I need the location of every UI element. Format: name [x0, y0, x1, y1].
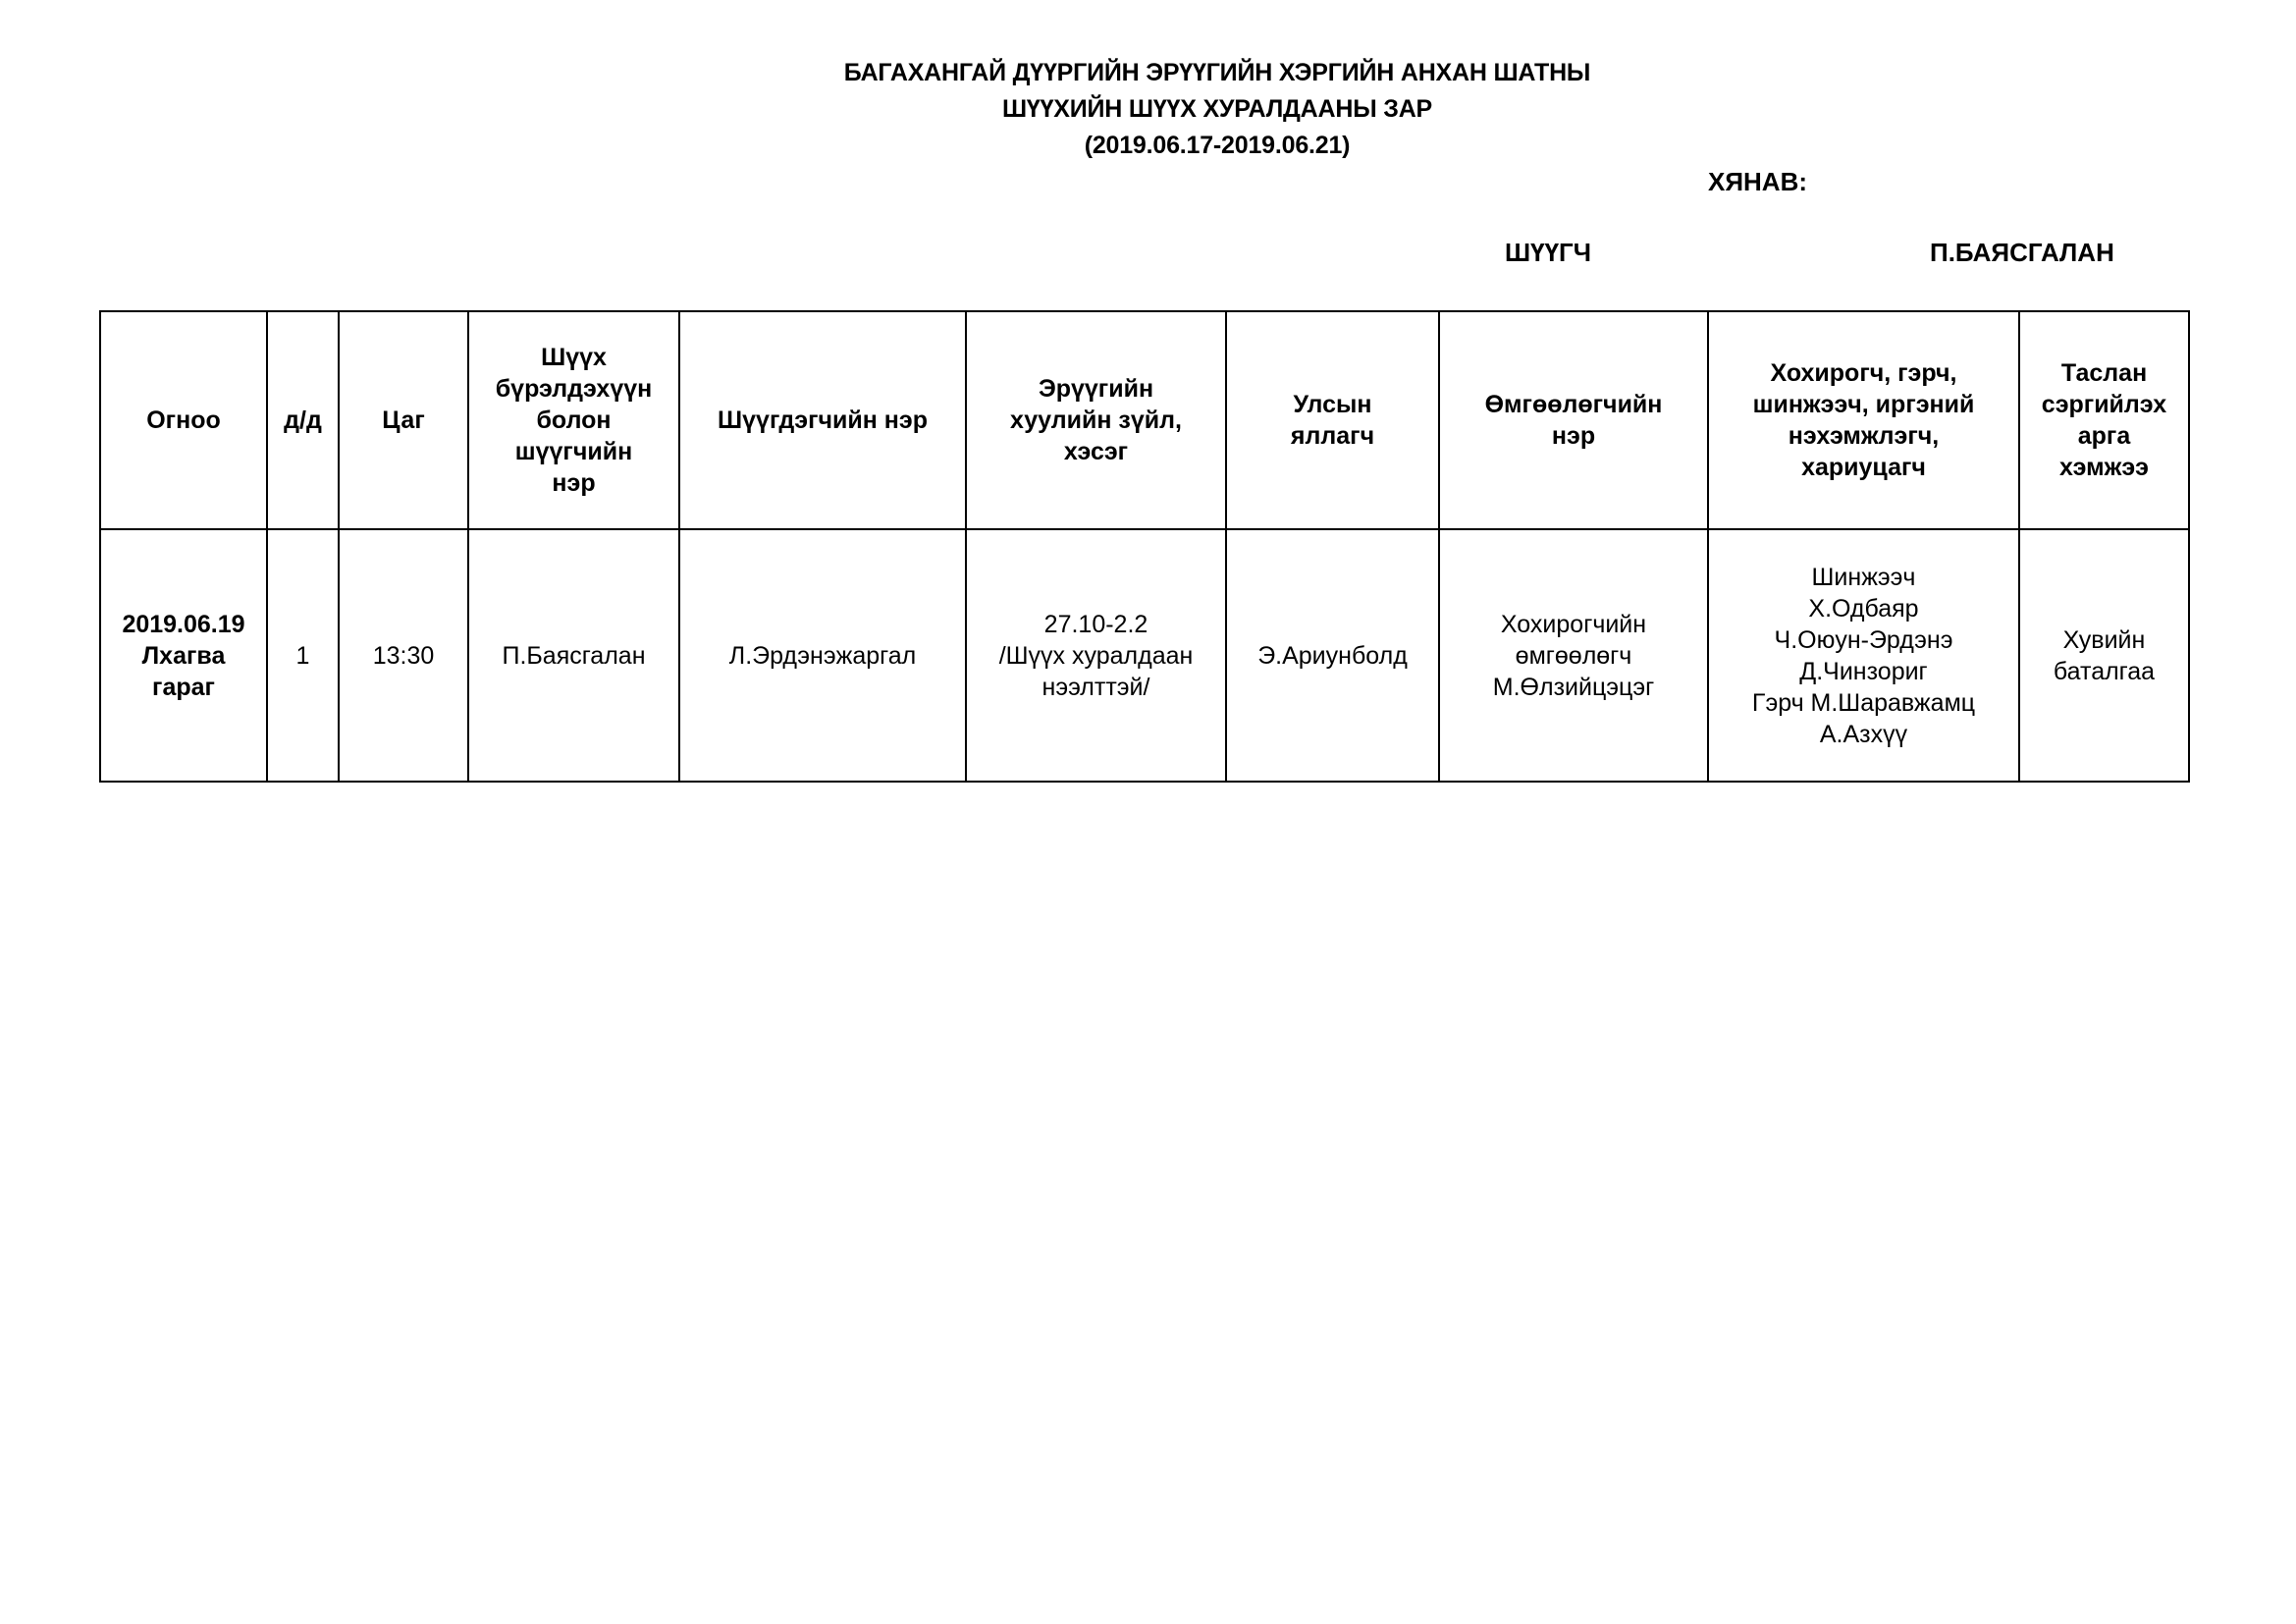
cell-number: 1 [267, 529, 339, 782]
header-line: болон [475, 405, 672, 436]
header-number: д/д [267, 311, 339, 529]
header-line: Огноо [107, 405, 260, 436]
header-line: хэмжээ [2026, 452, 2182, 483]
header-line: Улсын [1233, 389, 1432, 420]
header-prosecutor: Улсыняллагч [1226, 311, 1439, 529]
cell-participants-line: Гэрч М.Шаравжамц [1715, 687, 2012, 719]
judge-label: ШҮҮГЧ [1505, 236, 1591, 269]
header-participants: Хохирогч, гэрч,шинжээч, иргэнийнэхэмжлэг… [1708, 311, 2019, 529]
cell-defendant: Л.Эрдэнэжаргал [679, 529, 966, 782]
header-time: Цаг [339, 311, 468, 529]
header-line: Таслан [2026, 357, 2182, 389]
title-line-period: (2019.06.17-2019.06.21) [726, 128, 1708, 164]
header-line: Шүүх [475, 342, 672, 373]
judge-name: П.БАЯСГАЛАН [1930, 236, 2114, 269]
header-line: шүүгчийн [475, 436, 672, 467]
header-line: Өмгөөлөгчийн [1446, 389, 1701, 420]
cell-defender-line: Хохирогчийн [1446, 609, 1701, 640]
cell-date: 2019.06.19Лхагвагараг [100, 529, 267, 782]
header-law-article: Эрүүгийнхуулийн зүйл,хэсэг [966, 311, 1226, 529]
cell-participants-line: А.Азхүү [1715, 719, 2012, 750]
header-line: бүрэлдэхүүн [475, 373, 672, 405]
cell-defender: ХохирогчийнөмгөөлөгчМ.Өлзийцэцэг [1439, 529, 1708, 782]
cell-participants-line: Х.Одбаяр [1715, 593, 2012, 624]
cell-time: 13:30 [339, 529, 468, 782]
review-label: ХЯНАВ: [1708, 165, 1807, 198]
cell-date-line: 2019.06.19 [107, 609, 260, 640]
cell-participants-line: Д.Чинзориг [1715, 656, 2012, 687]
cell-law-article-line: нээлттэй/ [973, 672, 1219, 703]
cell-participants-line: Ч.Оюун-Эрдэнэ [1715, 624, 2012, 656]
cell-prosecutor: Э.Ариунболд [1226, 529, 1439, 782]
header-line: хариуцагч [1715, 452, 2012, 483]
header-line: Хохирогч, гэрч, [1715, 357, 2012, 389]
header-line: Эрүүгийн [973, 373, 1219, 405]
cell-participants: ШинжээчХ.ОдбаярЧ.Оюун-ЭрдэнэД.ЧинзоригГэ… [1708, 529, 2019, 782]
cell-date-line: Лхагва [107, 640, 260, 672]
header-line: яллагч [1233, 420, 1432, 452]
cell-preventive-measure: Хувийнбаталгаа [2019, 529, 2189, 782]
cell-preventive-measure-line: баталгаа [2026, 656, 2182, 687]
table-header-row: Огноод/дЦагШүүхбүрэлдэхүүнболоншүүгчийнн… [100, 311, 2189, 529]
cell-participants-line: Шинжээч [1715, 562, 2012, 593]
hearing-schedule-table: Огноод/дЦагШүүхбүрэлдэхүүнболоншүүгчийнн… [99, 310, 2190, 783]
cell-date-line: гараг [107, 672, 260, 703]
cell-defender-line: өмгөөлөгч [1446, 640, 1701, 672]
header-line: нэр [475, 467, 672, 499]
title-line-notice: ШҮҮХИЙН ШҮҮХ ХУРАЛДААНЫ ЗАР [726, 91, 1708, 128]
document-title: БАГАХАНГАЙ ДҮҮРГИЙН ЭРҮҮГИЙН ХЭРГИЙН АНХ… [726, 55, 1708, 164]
cell-preventive-measure-line: Хувийн [2026, 624, 2182, 656]
header-line: хэсэг [973, 436, 1219, 467]
header-date: Огноо [100, 311, 267, 529]
title-line-court: БАГАХАНГАЙ ДҮҮРГИЙН ЭРҮҮГИЙН ХЭРГИЙН АНХ… [726, 55, 1708, 91]
cell-law-article-line: 27.10-2.2 [973, 609, 1219, 640]
header-line: д/д [274, 405, 332, 436]
header-preventive-measure: Таслансэргийлэхаргахэмжээ [2019, 311, 2189, 529]
header-defender: Өмгөөлөгчийннэр [1439, 311, 1708, 529]
header-line: сэргийлэх [2026, 389, 2182, 420]
header-judge: Шүүхбүрэлдэхүүнболоншүүгчийннэр [468, 311, 679, 529]
header-line: нэр [1446, 420, 1701, 452]
cell-law-article: 27.10-2.2/Шүүх хуралдааннээлттэй/ [966, 529, 1226, 782]
cell-judge: П.Баясгалан [468, 529, 679, 782]
header-line: хуулийн зүйл, [973, 405, 1219, 436]
cell-law-article-line: /Шүүх хуралдаан [973, 640, 1219, 672]
header-defendant: Шүүгдэгчийн нэр [679, 311, 966, 529]
header-line: арга [2026, 420, 2182, 452]
cell-defender-line: М.Өлзийцэцэг [1446, 672, 1701, 703]
header-line: шинжээч, иргэний [1715, 389, 2012, 420]
header-line: Цаг [346, 405, 461, 436]
header-line: нэхэмжлэгч, [1715, 420, 2012, 452]
header-line: Шүүгдэгчийн нэр [686, 405, 959, 436]
table-row: 2019.06.19Лхагвагараг113:30П.БаясгаланЛ.… [100, 529, 2189, 782]
